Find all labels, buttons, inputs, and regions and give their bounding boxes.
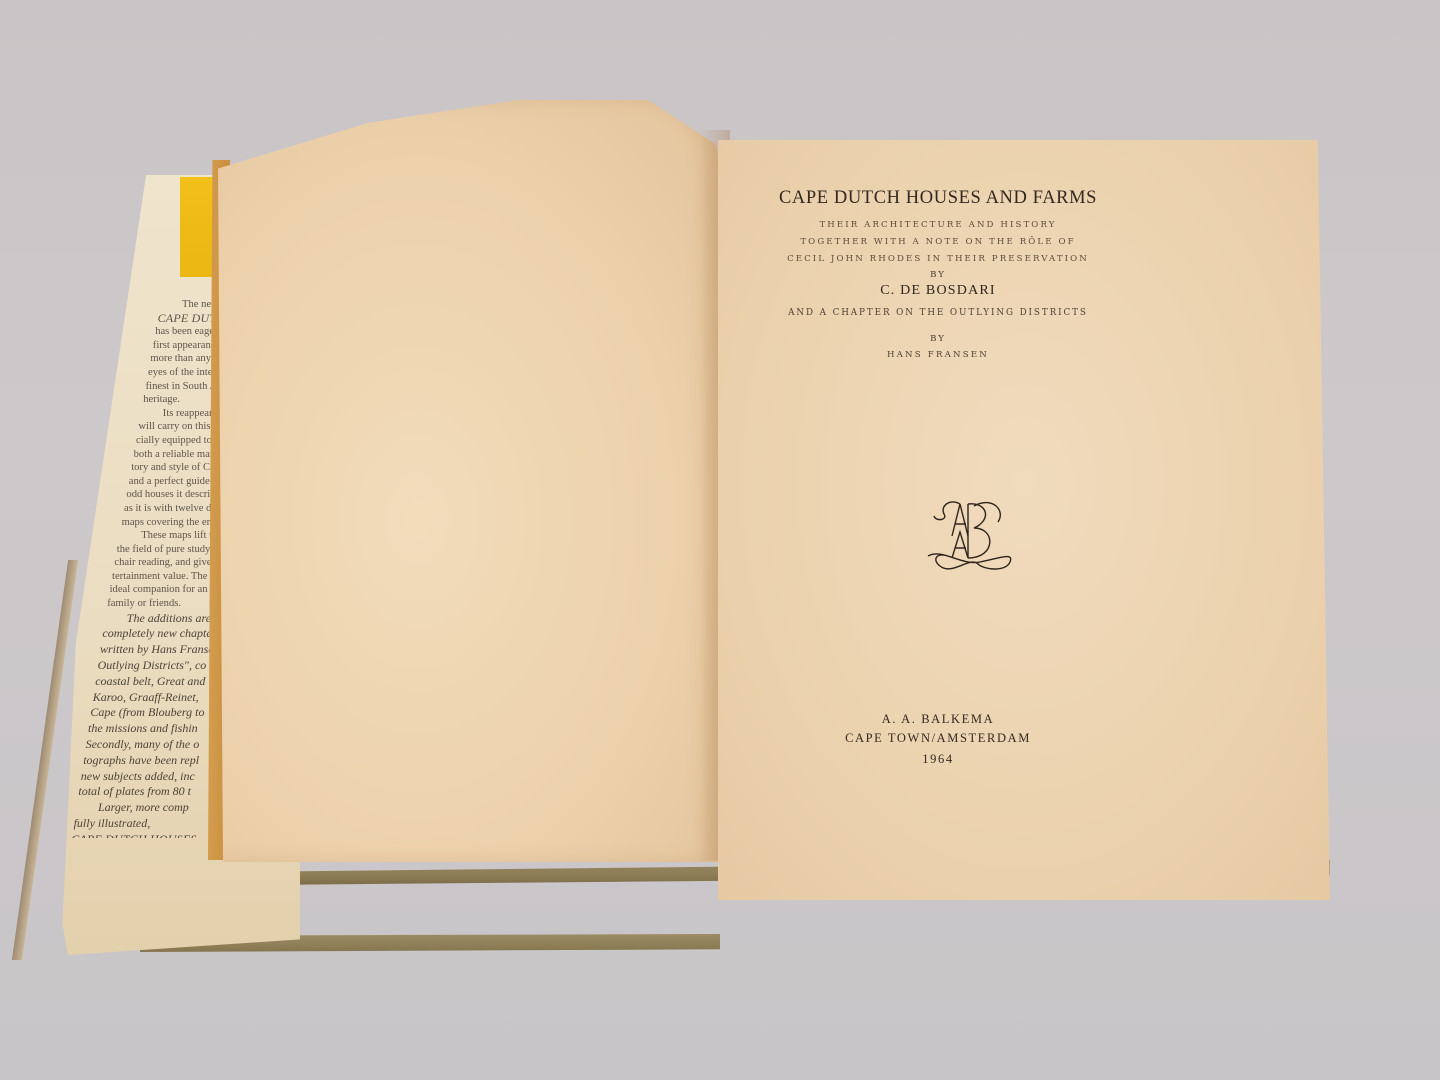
by-label-2: BY (718, 334, 1158, 344)
chapter-note: AND A CHAPTER ON THE OUTLYING DISTRICTS (718, 308, 1158, 318)
book-title: CAPE DUTCH HOUSES AND FARMS (718, 188, 1158, 209)
subtitle-line-3: CECIL JOHN RHODES IN THEIR PRESERVATION (718, 254, 1158, 264)
subtitle-line-2: TOGETHER WITH A NOTE ON THE RÔLE OF (718, 237, 1158, 247)
publisher-monogram-icon (922, 496, 1018, 578)
publisher-place: CAPE TOWN/AMSTERDAM (718, 731, 1158, 746)
co-author-name: HANS FRANSEN (718, 350, 1158, 360)
publisher-name: A. A. BALKEMA (718, 712, 1158, 727)
author-name: C. DE BOSDARI (718, 283, 1158, 299)
subtitle-line-1: THEIR ARCHITECTURE AND HISTORY (718, 220, 1158, 230)
blank-left-page[interactable] (218, 100, 718, 862)
publication-year: 1964 (718, 752, 1158, 767)
by-label: BY (718, 270, 1158, 280)
